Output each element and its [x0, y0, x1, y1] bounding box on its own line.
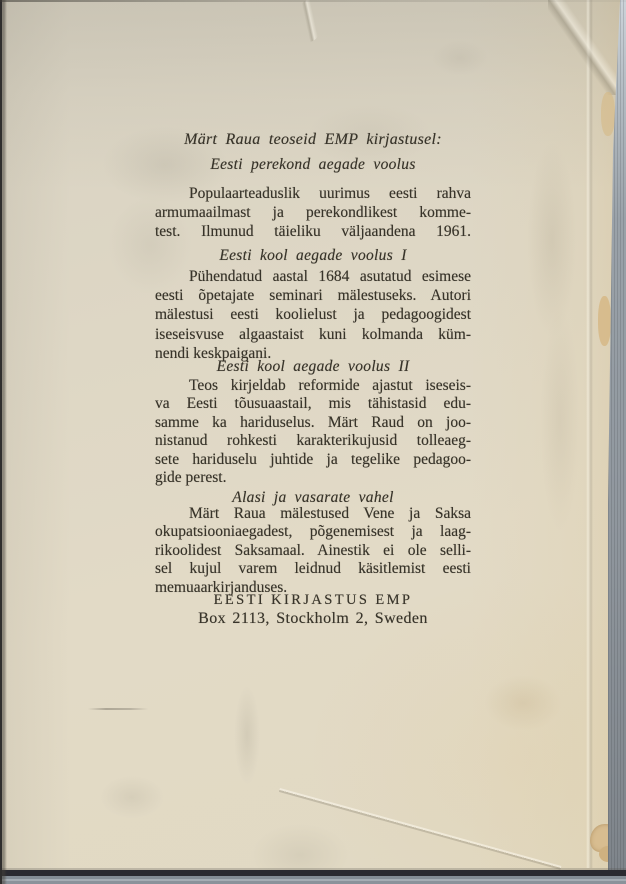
edge-wear [598, 296, 611, 346]
scan-edge-top [0, 0, 626, 2]
scan-edge-left [0, 0, 7, 884]
description-line: test. Ilmunud täieliku väljaandena 1961. [155, 222, 471, 241]
book-title-kool-1: Eesti kool aegade voolus I [155, 247, 471, 265]
book-description: Pühendatud aastal 1684 asutatud esimese … [155, 267, 471, 363]
publisher-name: EESTI KIRJASTUS EMP [155, 592, 471, 609]
scan-edge-bottom [0, 868, 626, 884]
description-line: okupatsiooniaegadest, põgenemisest ja la… [155, 523, 471, 541]
description-line: samme ka hariduselus. Märt Raud on joo- [155, 414, 471, 432]
description-line: nistanud rohkesti karakterikujusid tolle… [155, 432, 471, 450]
description-line: iseseisvuse algaastaist kuni kolmanda kü… [155, 325, 471, 344]
edge-wear [601, 92, 615, 136]
description-line: armumaailmast ja perekondlikest komme- [155, 203, 471, 222]
description-line: rikoolidest Saksamaal. Ainestik ei ole s… [155, 542, 471, 560]
book-back-cover-scan: Märt Raua teoseid EMP kirjastusel: Eesti… [0, 0, 626, 884]
book-title-kool-2: Eesti kool aegade voolus II [155, 358, 471, 376]
book-description: Populaarteaduslik uurimus eesti rahva ar… [155, 184, 471, 242]
description-line: sel kujul varem leidnud käsitlemist eest… [155, 560, 471, 578]
publisher-address: Box 2113, Stockholm 2, Sweden [155, 610, 471, 628]
description-line: Pühendatud aastal 1684 asutatud esimese [155, 267, 471, 286]
book-description: Teos kirjeldab reformide ajastut iseseis… [155, 377, 471, 487]
series-title: Märt Raua teoseid EMP kirjastusel: [155, 131, 471, 149]
description-line: eesti õpetajate seminari mälestuseks. Au… [155, 286, 471, 305]
book-description: Märt Raua mälestused Vene ja Saksa okupa… [155, 505, 471, 597]
description-line: mälestusi eesti koolielust ja pedagoogid… [155, 305, 471, 324]
crease-top-right [548, 0, 616, 95]
book-title-perekond: Eesti perekond aegade voolus [155, 156, 471, 174]
scratch-mark [88, 708, 148, 710]
description-line: va Eesti tõusuaastail, mis tähistasid ed… [155, 395, 471, 413]
description-line: Populaarteaduslik uurimus eesti rahva [155, 184, 471, 203]
vertical-fold-crease [586, 0, 593, 868]
description-line: sete hariduselu juhtide ja tegelike peda… [155, 451, 471, 469]
description-line: Teos kirjeldab reformide ajastut iseseis… [155, 377, 471, 395]
description-line: gide perest. [155, 469, 471, 487]
description-line: Märt Raua mälestused Vene ja Saksa [155, 505, 471, 523]
crease-top-center [296, 0, 322, 42]
